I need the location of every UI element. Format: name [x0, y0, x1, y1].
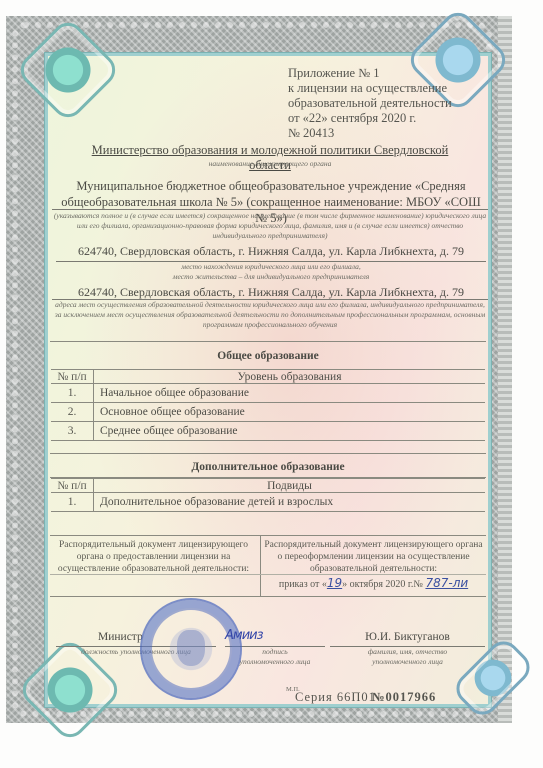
caption-line: фамилия, имя, отчество	[330, 647, 485, 657]
organization-caption: (указываются полное и (в случае если име…	[52, 209, 488, 241]
caption-line: место нахождения юридического лица или е…	[56, 262, 486, 272]
orders-block: Распорядительный документ лицензирующего…	[50, 535, 486, 597]
activity-address-caption: адреса мест осуществления образовательно…	[52, 299, 488, 330]
appendix-line: образовательной деятельности	[288, 96, 452, 111]
row-level: Начальное общее образование	[94, 384, 486, 403]
official-position: Министр	[98, 631, 143, 643]
order-number: 787-ли	[425, 576, 468, 590]
column-header-number: № п/п	[51, 370, 94, 384]
legal-address: 624740, Свердловская область, г. Нижняя …	[56, 244, 486, 259]
reissue-order-details: приказ от «19» октября 2020 г.№ 787-ли	[261, 577, 486, 591]
official-seal-icon	[140, 598, 242, 700]
row-number: 1.	[51, 493, 94, 512]
column-header-subtype: Подвиды	[94, 479, 486, 493]
table-row: 3. Среднее общее образование	[51, 422, 485, 441]
row-subtype: Дополнительное образование детей и взрос…	[94, 493, 486, 512]
organization-name-line: Муниципальное бюджетное общеобразователь…	[56, 178, 486, 194]
form-series: Серия 66П01	[295, 690, 376, 705]
caption-line: уполномоченного лица	[330, 657, 485, 667]
table-header-row: № п/п Подвиды	[51, 479, 485, 493]
appendix-line: к лицензии на осуществление	[288, 81, 452, 96]
order-day: 19	[327, 576, 342, 590]
border-strip	[498, 16, 512, 723]
table-row: 1. Дополнительное образование детей и вз…	[51, 493, 485, 512]
divider	[50, 341, 486, 342]
row-level: Среднее общее образование	[94, 422, 486, 441]
row-level: Основное общее образование	[94, 403, 486, 422]
table-row: 1. Начальное общее образование	[51, 384, 485, 403]
activity-address: 624740, Свердловская область, г. Нижняя …	[56, 285, 486, 300]
caption-line: место жительства – для индивидуального п…	[56, 272, 486, 282]
column-header-number: № п/п	[51, 479, 94, 493]
divider	[50, 453, 486, 454]
column-header-level: Уровень образования	[94, 370, 486, 384]
table-row: 2. Основное общее образование	[51, 403, 485, 422]
order-prefix: приказ от «	[279, 579, 327, 590]
table-header-row: № п/п Уровень образования	[51, 370, 485, 384]
name-caption: фамилия, имя, отчество уполномоченного л…	[330, 647, 485, 667]
row-number: 1.	[51, 384, 94, 403]
appendix-line: Приложение № 1	[288, 66, 452, 81]
general-education-title: Общее образование	[50, 350, 486, 362]
order-month-year: » октября 2020 г.№	[342, 579, 423, 590]
orders-hline	[50, 574, 486, 575]
general-education-table: № п/п Уровень образования 1. Начальное о…	[51, 369, 485, 441]
reissue-order-label: Распорядительный документ лицензирующего…	[261, 539, 486, 575]
form-number: №0017966	[372, 690, 436, 705]
legal-address-caption: место нахождения юридического лица или е…	[56, 261, 486, 282]
official-name: Ю.И. Биктуганов	[330, 631, 485, 643]
license-number: № 20413	[288, 126, 452, 141]
additional-education-table: № п/п Подвиды 1. Дополнительное образова…	[51, 478, 485, 512]
handwritten-signature: Амииз	[225, 628, 263, 643]
row-number: 2.	[51, 403, 94, 422]
additional-education-title: Дополнительное образование	[50, 461, 486, 473]
coat-of-arms-icon	[177, 630, 205, 666]
row-number: 3.	[51, 422, 94, 441]
licensor-caption: наименование лицензирующего органа	[70, 159, 470, 169]
grant-order-label: Распорядительный документ лицензирующего…	[50, 539, 257, 575]
appendix-line: от «22» сентября 2020 г.	[288, 111, 452, 126]
appendix-header: Приложение № 1 к лицензии на осуществлен…	[288, 66, 452, 141]
